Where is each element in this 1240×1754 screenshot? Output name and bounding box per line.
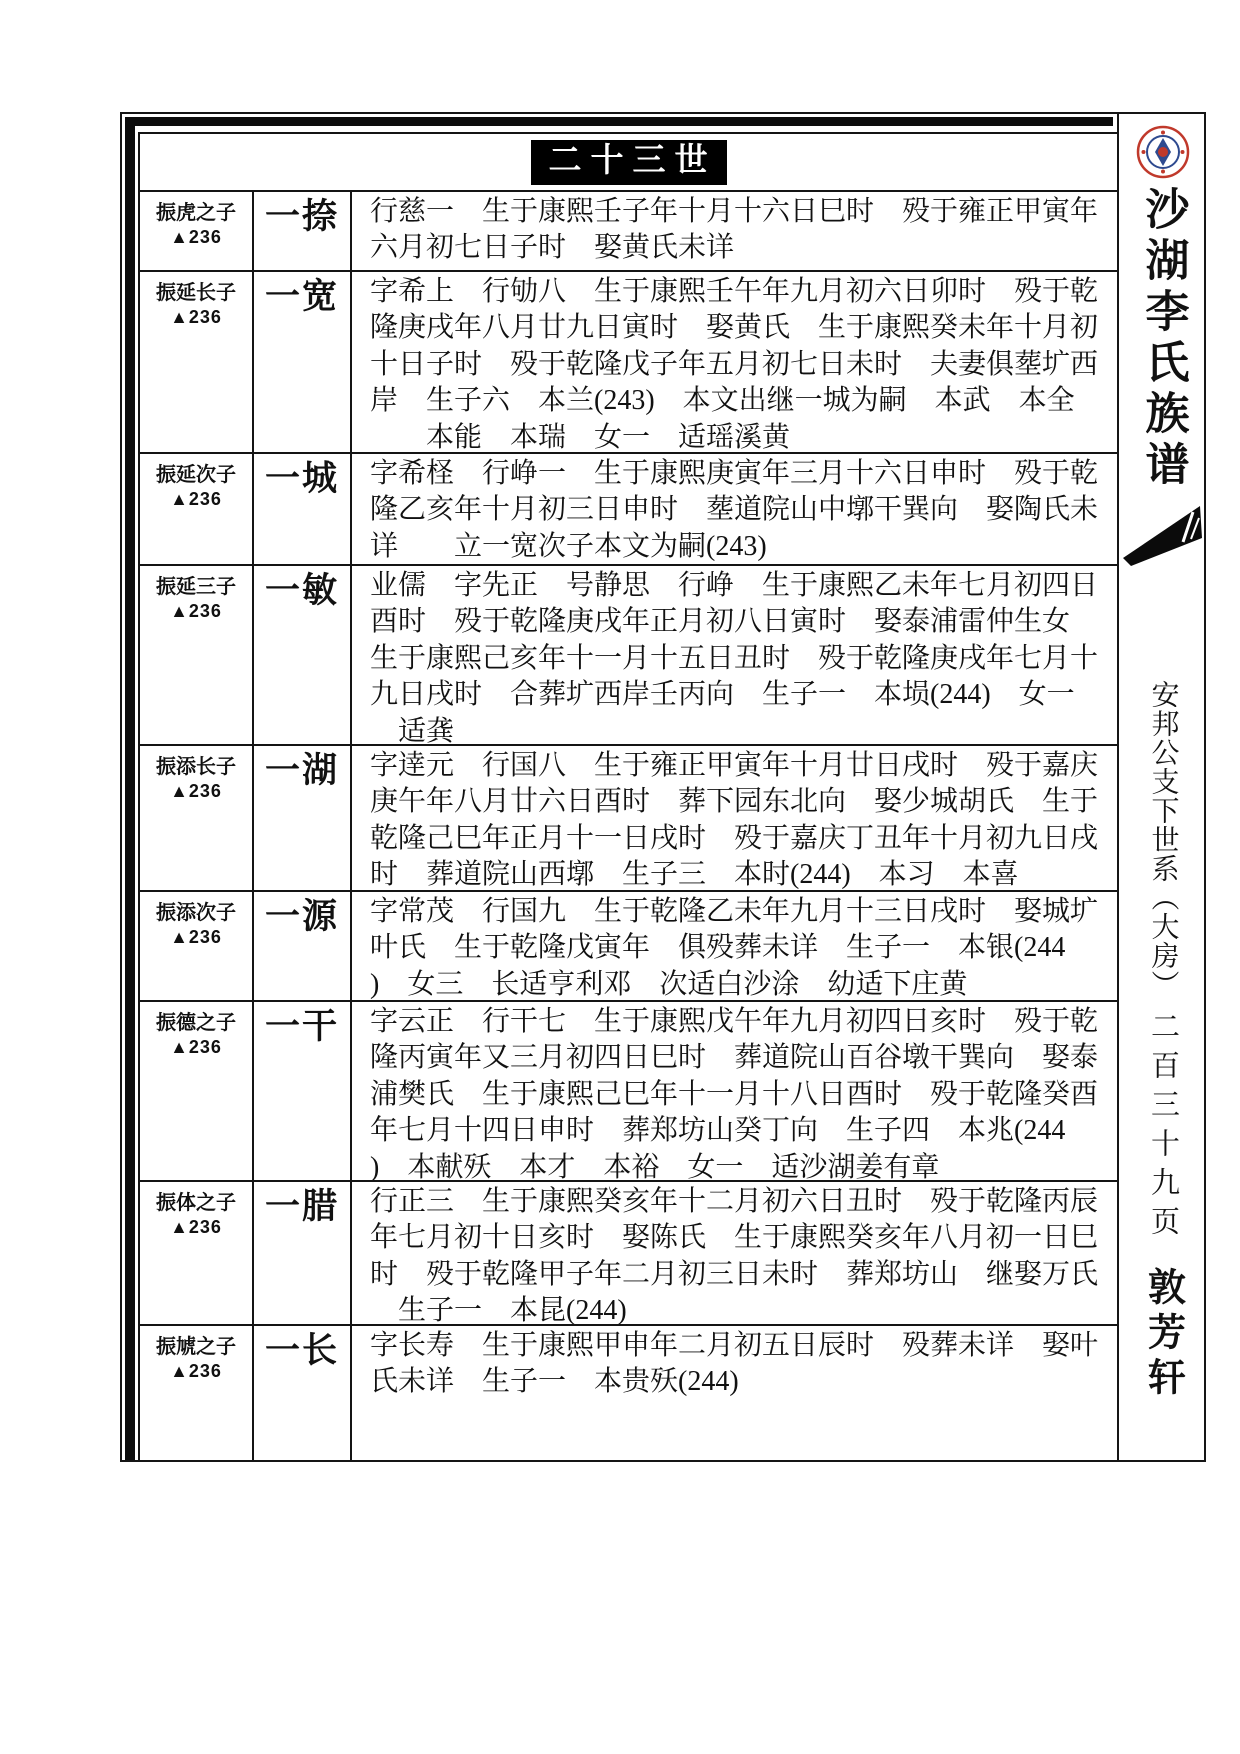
person-name: 一长: [252, 1326, 350, 1460]
entry-line: 字逹元 行国八 生于雍正甲寅年十月廿日戌时 殁于嘉庆: [370, 748, 1117, 784]
relation-cell: 振德之子 ▲236: [140, 1002, 252, 1180]
entry-line: 浦樊氏 生于康熙己巳年十一月十八日酉时 殁于乾隆癸酉: [370, 1077, 1117, 1113]
page-ref: ▲236: [140, 600, 252, 623]
table-row: 振延三子 ▲236 一敏 业儒 字先正 号静思 行峥 生于康熙乙未年七月初四日 …: [140, 566, 1117, 746]
page-number-label: 二百三十九页: [1148, 1011, 1177, 1245]
relation-label: 振添长子: [140, 755, 252, 780]
person-name: 一捺: [252, 192, 350, 270]
entry-line: 生子一 本昆(244): [370, 1293, 1117, 1326]
entry-line: 酉时 殁于乾隆庚戌年正月初八日寅时 娶泰浦雷仲生女: [370, 604, 1117, 640]
table-row: 振延长子 ▲236 一宽 字希上 行劬八 生于康熙壬午年九月初六日卯时 殁于乾 …: [140, 272, 1117, 454]
frame-thick-top-rule: [125, 117, 1113, 126]
entry-line: 字希柽 行峥一 生于康熙庚寅年三月十六日申时 殁于乾: [370, 456, 1117, 492]
entry-line: 业儒 字先正 号静思 行峥 生于康熙乙未年七月初四日: [370, 568, 1117, 604]
page-ref: ▲236: [140, 306, 252, 329]
biography-cell: 字希柽 行峥一 生于康熙庚寅年三月十六日申时 殁于乾 隆乙亥年十月初三日申时 塟…: [350, 454, 1117, 564]
page-ref: ▲236: [140, 488, 252, 511]
entry-line: 字长寿 生于康熙甲申年二月初五日辰时 殁葬未详 娶叶: [370, 1328, 1117, 1364]
entry-line: 年七月初十日亥时 娶陈氏 生于康熙癸亥年八月初一日巳: [370, 1220, 1117, 1256]
genealogy-content: 二十三世 振虎之子 ▲236 一捺 行慈一 生于康熙壬子年十月十六日巳时 殁于雍…: [138, 132, 1117, 1460]
table-row: 振德之子 ▲236 一干 字云正 行干七 生于康熙戊午年九月初四日亥时 殁于乾 …: [140, 1002, 1117, 1182]
biography-cell: 行慈一 生于康熙壬子年十月十六日巳时 殁于雍正甲寅年 六月初七日子时 娶黄氏未详: [350, 192, 1117, 270]
person-name: 一干: [252, 1002, 350, 1180]
table-row: 振体之子 ▲236 一腊 行正三 生于康熙癸亥年十二月初六日丑时 殁于乾隆丙辰 …: [140, 1182, 1117, 1326]
page-ref: ▲236: [140, 1216, 252, 1239]
entry-line: 年七月十四日申时 葬郑坊山癸丁向 生子四 本兆(244: [370, 1113, 1117, 1149]
entry-line: 十日子时 殁于乾隆戊子年五月初七日未时 夫妻俱塟圹西: [370, 347, 1117, 383]
relation-cell: 振体之子 ▲236: [140, 1182, 252, 1324]
relation-cell: 振延长子 ▲236: [140, 272, 252, 452]
page-ref: ▲236: [140, 1360, 252, 1383]
table-row: 振虎之子 ▲236 一捺 行慈一 生于康熙壬子年十月十六日巳时 殁于雍正甲寅年 …: [140, 192, 1117, 272]
person-name: 一源: [252, 892, 350, 1000]
table-row: 振添次子 ▲236 一源 字常茂 行国九 生于乾隆乙未年九月十三日戌时 娶城圹 …: [140, 892, 1117, 1002]
entry-line: 六月初七日子时 娶黄氏未详: [370, 230, 1117, 266]
entry-line: 行慈一 生于康熙壬子年十月十六日巳时 殁于雍正甲寅年: [370, 194, 1117, 230]
person-name: 一城: [252, 454, 350, 564]
genealogy-table: 振虎之子 ▲236 一捺 行慈一 生于康熙壬子年十月十六日巳时 殁于雍正甲寅年 …: [140, 190, 1117, 1460]
entry-line: ) 女三 长适亨利邓 次适白沙涂 幼适下庄黄: [370, 967, 1117, 1002]
relation-label: 振延次子: [140, 463, 252, 488]
entry-line: 生于康熙己亥年十一月十五日丑时 殁于乾隆庚戌年七月十: [370, 641, 1117, 677]
table-row: 振延次子 ▲236 一城 字希柽 行峥一 生于康熙庚寅年三月十六日申时 殁于乾 …: [140, 454, 1117, 566]
relation-cell: 振添长子 ▲236: [140, 746, 252, 890]
entry-line: 叶氏 生于乾隆戊寅年 俱殁葬未详 生子一 本银(244: [370, 930, 1117, 966]
table-row: 振虓之子 ▲236 一长 字长寿 生于康熙甲申年二月初五日辰时 殁葬未详 娶叶 …: [140, 1326, 1117, 1460]
relation-label: 振德之子: [140, 1011, 252, 1036]
entry-line: 氏未详 生子一 本贵殀(244): [370, 1364, 1117, 1400]
entry-line: 行正三 生于康熙癸亥年十二月初六日丑时 殁于乾隆丙辰: [370, 1184, 1117, 1220]
person-name: 一湖: [252, 746, 350, 890]
entry-line: 字常茂 行国九 生于乾隆乙未年九月十三日戌时 娶城圹: [370, 894, 1117, 930]
relation-label: 振添次子: [140, 901, 252, 926]
genealogy-main-box: 二十三世 振虎之子 ▲236 一捺 行慈一 生于康熙壬子年十月十六日巳时 殁于雍…: [122, 114, 1119, 1460]
entry-line: 适龚: [370, 714, 1117, 746]
entry-line: 字希上 行劬八 生于康熙壬午年九月初六日卯时 殁于乾: [370, 274, 1117, 310]
book-title: 沙湖李氏族谱: [1141, 186, 1185, 492]
relation-cell: 振虓之子 ▲236: [140, 1326, 252, 1460]
relation-cell: 振添次子 ▲236: [140, 892, 252, 1000]
biography-cell: 行正三 生于康熙癸亥年十二月初六日丑时 殁于乾隆丙辰 年七月初十日亥时 娶陈氏 …: [350, 1182, 1117, 1324]
biography-cell: 字云正 行干七 生于康熙戊午年九月初四日亥时 殁于乾 隆丙寅年又三月初四日巳时 …: [350, 1002, 1117, 1180]
biography-cell: 字长寿 生于康熙甲申年二月初五日辰时 殁葬未详 娶叶 氏未详 生子一 本贵殀(2…: [350, 1326, 1117, 1460]
entry-line: 隆丙寅年又三月初四日巳时 葬道院山百谷墩干巽向 娶泰: [370, 1040, 1117, 1076]
table-row: 振添长子 ▲236 一湖 字逹元 行国八 生于雍正甲寅年十月廿日戌时 殁于嘉庆 …: [140, 746, 1117, 892]
entry-line: ) 本献殀 本才 本裕 女一 适沙湖姜有章: [370, 1150, 1117, 1182]
relation-label: 振虓之子: [140, 1335, 252, 1360]
page-ref: ▲236: [140, 1036, 252, 1059]
person-name: 一腊: [252, 1182, 350, 1324]
relation-label: 振延三子: [140, 575, 252, 600]
page-ref: ▲236: [140, 780, 252, 803]
generation-title: 二十三世: [531, 140, 727, 185]
page-frame: 二十三世 振虎之子 ▲236 一捺 行慈一 生于康熙壬子年十月十六日巳时 殁于雍…: [120, 112, 1206, 1462]
page-ref: ▲236: [140, 226, 252, 249]
relation-cell: 振虎之子 ▲236: [140, 192, 252, 270]
biography-cell: 字希上 行劬八 生于康熙壬午年九月初六日卯时 殁于乾 隆庚戌年八月廿九日寅时 娶…: [350, 272, 1117, 452]
title-zone: 二十三世: [140, 134, 1117, 190]
entry-line: 时 殁于乾隆甲子年二月初三日未时 葬郑坊山 继娶万氏: [370, 1257, 1117, 1293]
entry-line: 详 立一宽次子本文为嗣(243): [370, 529, 1117, 565]
frame-thick-left-rule: [125, 117, 135, 1460]
entry-line: 时 葬道院山西墎 生子三 本时(244) 本习 本喜: [370, 857, 1117, 892]
entry-line: 岸 生子六 本兰(243) 本文出继一城为嗣 本武 本全: [370, 383, 1117, 419]
relation-label: 振延长子: [140, 281, 252, 306]
entry-line: 庚午年八月廿六日酉时 葬下园东北向 娶少城胡氏 生于: [370, 784, 1117, 820]
biography-cell: 字逹元 行国八 生于雍正甲寅年十月廿日戌时 殁于嘉庆 庚午年八月廿六日酉时 葬下…: [350, 746, 1117, 890]
brush-wedge-icon: [1123, 506, 1203, 568]
entry-line: 本能 本瑞 女一 适瑶溪黄: [370, 420, 1117, 454]
entry-line: 隆乙亥年十月初三日申时 塟道院山中墎干巽向 娶陶氏未: [370, 492, 1117, 528]
studio-label: 敦芳轩: [1144, 1267, 1182, 1402]
relation-label: 振虎之子: [140, 201, 252, 226]
relation-cell: 振延次子 ▲236: [140, 454, 252, 564]
clan-emblem-logo: [1135, 124, 1191, 180]
lineage-label: 安邦公支下世系（大房）: [1149, 680, 1177, 999]
page-ref: ▲236: [140, 926, 252, 949]
biography-cell: 业儒 字先正 号静思 行峥 生于康熙乙未年七月初四日 酉时 殁于乾隆庚戌年正月初…: [350, 566, 1117, 744]
entry-line: 乾隆己巳年正月十一日戌时 殁于嘉庆丁丑年十月初九日戌: [370, 821, 1117, 857]
entry-line: 字云正 行干七 生于康熙戊午年九月初四日亥时 殁于乾: [370, 1004, 1117, 1040]
biography-cell: 字常茂 行国九 生于乾隆乙未年九月十三日戌时 娶城圹 叶氏 生于乾隆戊寅年 俱殁…: [350, 892, 1117, 1000]
person-name: 一敏: [252, 566, 350, 744]
entry-line: 隆庚戌年八月廿九日寅时 娶黄氏 生于康熙癸未年十月初: [370, 310, 1117, 346]
person-name: 一宽: [252, 272, 350, 452]
relation-label: 振体之子: [140, 1191, 252, 1216]
relation-cell: 振延三子 ▲236: [140, 566, 252, 744]
entry-line: 九日戌时 合葬圹西岸壬丙向 生子一 本埙(244) 女一: [370, 677, 1117, 713]
sidebar: 沙湖李氏族谱 安邦公支下世系（大房） 二百三十九页 敦芳轩: [1121, 114, 1204, 1460]
